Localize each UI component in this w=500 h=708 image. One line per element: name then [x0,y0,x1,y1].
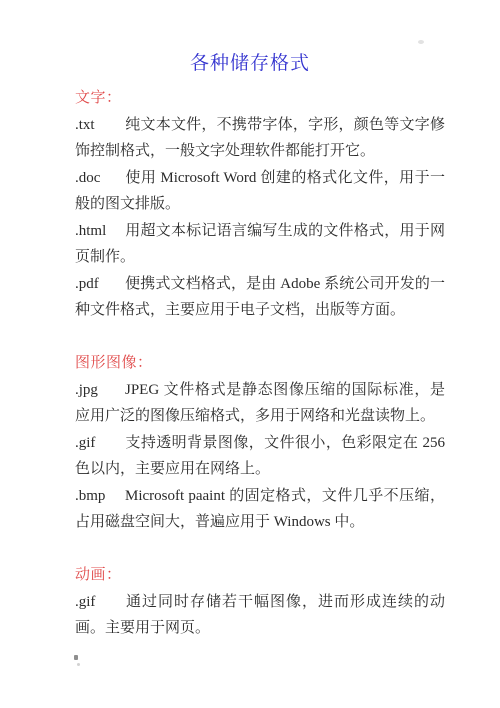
file-extension: .gif [75,589,125,616]
format-description: 支持透明背景图像，文件很小，色彩限定在 256 色以内，主要应用在网络上。 [75,435,445,478]
file-extension: .txt [75,112,125,139]
format-description: 使用 Microsoft Word 创建的格式化文件，用于一般的图文排版。 [75,170,445,213]
scan-artifact [74,655,78,660]
format-entry: .html用超文本标记语言编写生成的文件格式，用于网页制作。 [75,218,445,271]
scan-artifact [77,663,80,666]
section-graphics-formats: 图形图像： .jpgJPEG 文件格式是静态图像压缩的国际标准，是应用广泛的图像… [75,350,445,536]
section-heading: 动画： [75,562,445,589]
format-description: 通过同时存储若干幅图像，进而形成连续的动画。主要用于网页。 [75,594,445,637]
format-entry: .pdf便携式文档格式，是由 Adobe 系统公司开发的一种文件格式，主要应用于… [75,271,445,324]
format-entry: .jpgJPEG 文件格式是静态图像压缩的国际标准，是应用广泛的图像压缩格式，多… [75,377,445,430]
format-description: 纯文本文件，不携带字体，字形，颜色等文字修饰控制格式，一般文字处理软件都能打开它… [75,117,445,160]
file-extension: .pdf [75,271,125,298]
format-description: 便携式文档格式，是由 Adobe 系统公司开发的一种文件格式，主要应用于电子文档… [75,276,445,319]
format-entry: .gif支持透明背景图像，文件很小，色彩限定在 256 色以内，主要应用在网络上… [75,430,445,483]
format-entry: .bmpMicrosoft paaint 的固定格式，文件几乎不压缩，占用磁盘空… [75,483,445,536]
file-extension: .bmp [75,483,125,510]
format-entry: .gif通过同时存储若干幅图像，进而形成连续的动画。主要用于网页。 [75,589,445,642]
page-title: 各种储存格式 [0,51,500,77]
file-extension: .gif [75,430,125,457]
format-description: JPEG 文件格式是静态图像压缩的国际标准，是应用广泛的图像压缩格式，多用于网络… [75,382,445,425]
format-description: Microsoft paaint 的固定格式，文件几乎不压缩，占用磁盘空间大，普… [75,488,445,531]
format-description: 用超文本标记语言编写生成的文件格式，用于网页制作。 [75,223,445,266]
document-page: 各种储存格式 文字： .txt纯文本文件，不携带字体，字形，颜色等文字修饰控制格… [0,0,500,708]
format-entry: .txt纯文本文件，不携带字体，字形，颜色等文字修饰控制格式，一般文字处理软件都… [75,112,445,165]
section-text-formats: 文字： .txt纯文本文件，不携带字体，字形，颜色等文字修饰控制格式，一般文字处… [75,85,445,324]
file-extension: .doc [75,165,125,192]
section-animation-formats: 动画： .gif通过同时存储若干幅图像，进而形成连续的动画。主要用于网页。 [75,562,445,642]
file-extension: .jpg [75,377,125,404]
section-heading: 图形图像： [75,350,445,377]
scan-artifact [418,40,424,44]
section-heading: 文字： [75,85,445,112]
format-entry: .doc使用 Microsoft Word 创建的格式化文件，用于一般的图文排版… [75,165,445,218]
file-extension: .html [75,218,125,245]
